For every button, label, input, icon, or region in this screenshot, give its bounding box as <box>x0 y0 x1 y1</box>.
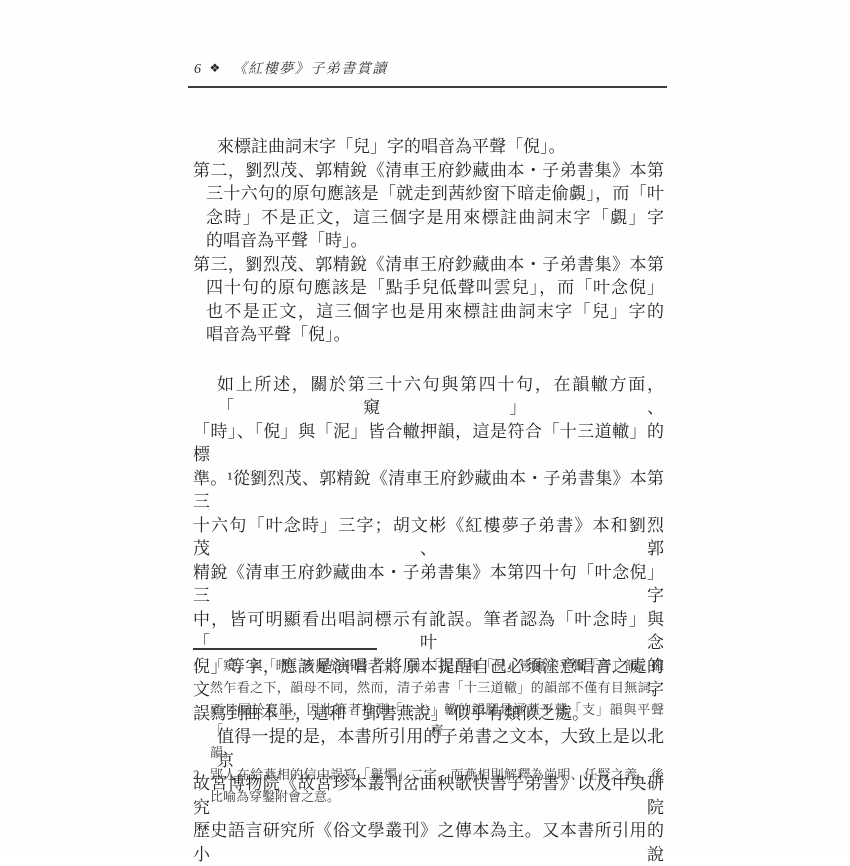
text-line: 三十六句的原句應該是「就走到茜紗窗下暗走偷覷」，而「叶 <box>193 182 664 206</box>
footnote-separator-rule <box>193 648 377 650</box>
text-line: 也不是正文，這三個字也是用來標註曲詞末字「兒」字的 <box>193 300 664 324</box>
text-line: 準。¹從劉烈茂、郭精銳《清車王府鈔藏曲本・子弟書集》本第三 <box>193 467 664 514</box>
footnote-line: 「窺」與「時」皆屬於平聲「支」韻；「泥」和「倪」皆屬於平聲「齊」韻。雖 <box>210 655 664 677</box>
text-line: 的唱音為平聲「時」。 <box>193 229 664 253</box>
text-line: 第二，劉烈茂、郭精銳《清車王府鈔藏曲本・子弟書集》本第 <box>193 159 664 183</box>
text-line: 念時」不是正文，這三個字是用來標註曲詞末字「覷」字 <box>193 206 664 230</box>
text-line: 如上所述，關於第三十六句與第四十句，在韻轍方面，「窺」、 <box>193 373 664 420</box>
footnote-line: 郢人在給燕相的信中誤寫「舉燭」二字，而燕相則解釋為尚明、任賢之義。後 <box>210 764 664 786</box>
text-line: 唱音為平聲「倪」。 <box>193 323 664 347</box>
footnote-marker: 2 <box>193 764 200 786</box>
text-line: 四十句的原句應該是「點手兒低聲叫雲兒」，而「叶念倪」 <box>193 276 664 300</box>
running-title: 《紅樓夢》子弟書賞讀 <box>233 62 388 77</box>
running-header: 6❖《紅樓夢》子弟書賞讀 <box>194 58 388 78</box>
footnote-line: 韻。 <box>210 742 664 764</box>
text-line: 「時」、「倪」與「泥」皆合轍押韻，這是符合「十三道轍」的標 <box>193 420 664 467</box>
ornament-diamond-icon: ❖ <box>210 61 222 75</box>
footnote-item: 2郢人在給燕相的信中誤寫「舉燭」二字，而燕相則解釋為尚明、任賢之義。後比喻為穿鑿… <box>193 764 664 808</box>
footnote-line: 而且屬於寬韻，因此筆者推測「一七」轍的韻腳是涵蓋平聲「支」韻與平聲「齊」 <box>210 699 664 743</box>
footnote-marker: 1 <box>193 655 200 677</box>
page-number: 6 <box>194 62 203 77</box>
footnote-line: 比喻為穿鑿附會之意。 <box>210 786 664 808</box>
header-rule <box>188 86 667 88</box>
text-line: 歷史語言研究所《俗文學叢刊》之傳本為主。又本書所引用的小說 <box>193 819 664 866</box>
footnote-item: 1「窺」與「時」皆屬於平聲「支」韻；「泥」和「倪」皆屬於平聲「齊」韻。雖然乍看之… <box>193 655 664 764</box>
footnote-line: 然乍看之下，韻母不同，然而，清子弟書「十三道轍」的韻部不僅有目無詞， <box>210 677 664 699</box>
text-line: 來標註曲詞末字「兒」字的唱音為平聲「倪」。 <box>193 135 664 159</box>
footnotes: 1「窺」與「時」皆屬於平聲「支」韻；「泥」和「倪」皆屬於平聲「齊」韻。雖然乍看之… <box>193 655 664 808</box>
text-line: 十六句「叶念時」三字；胡文彬《紅樓夢子弟書》本和劉烈茂、郭 <box>193 514 664 561</box>
book-page: 6❖《紅樓夢》子弟書賞讀 來標註曲詞末字「兒」字的唱音為平聲「倪」。第二，劉烈茂… <box>0 0 850 850</box>
text-line: 精銳《清車王府鈔藏曲本・子弟書集》本第四十句「叶念倪」三字 <box>193 561 664 608</box>
text-line: 第三，劉烈茂、郭精銳《清車王府鈔藏曲本・子弟書集》本第 <box>193 253 664 277</box>
